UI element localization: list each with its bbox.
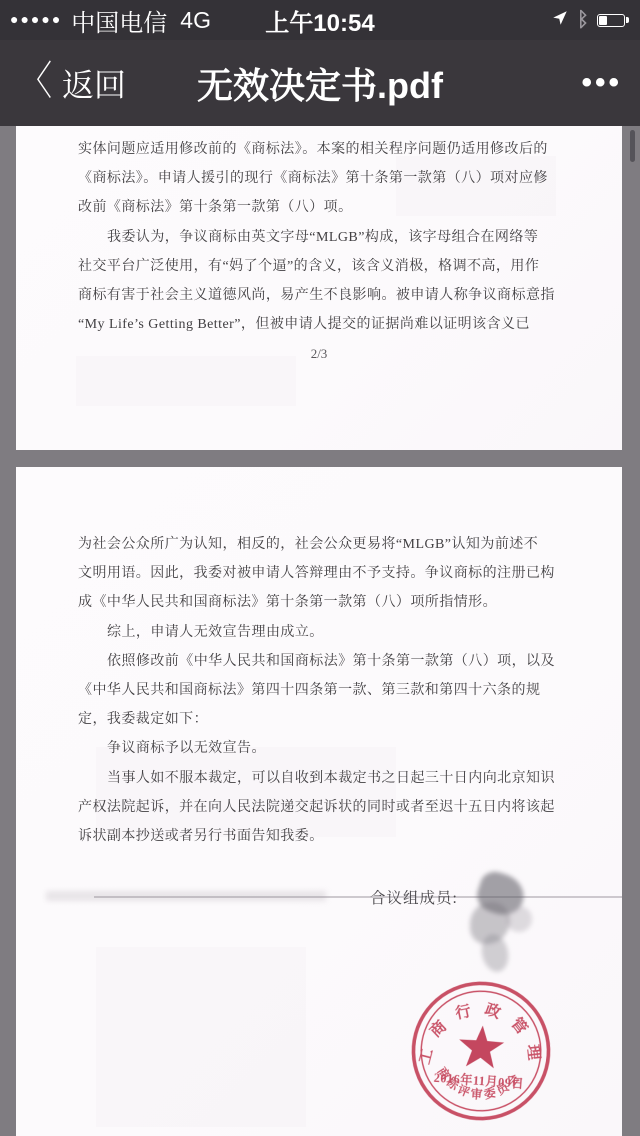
document-line: 综上，申请人无效宣告理由成立。 [78,618,555,647]
document-line: 成《中华人民共和国商标法》第十条第一款第（八）项所指情形。 [78,588,555,617]
pdf-page-1: 实体问题应适用修改前的《商标法》。本案的相关程序问题仍适用修改后的 《商标法》。… [16,126,622,450]
document-line: 实体问题应适用修改前的《商标法》。本案的相关程序问题仍适用修改后的 [78,135,555,164]
battery-fill [599,16,607,25]
document-line: 社交平台广泛使用，有“妈了个逼”的含义，该含义消极，格调不高，用作 [78,252,555,281]
scan-artifact [96,947,306,1127]
pdf-page-2: 为社会公众所广为认知，相反的，社会公众更易将“MLGB”认知为前述不 文明用语。… [16,467,622,1136]
handwritten-signature [454,872,544,977]
document-line: “My Life’s Getting Better”，但被申请人提交的证据尚难以… [78,310,555,339]
location-arrow-icon [551,9,569,32]
document-line: 《中华人民共和国商标法》第四十四条第一款、第三款和第四十六条的规 [78,676,555,705]
document-line: 我委认为，争议商标由英文字母“MLGB”构成，该字母组合在网络等 [78,223,555,252]
document-line: 《商标法》。申请人援引的现行《商标法》第十条第一款第（八）项对应修 [78,164,555,193]
document-line: 产权法院起诉，并在向人民法院递交起诉状的同时或者至迟十五日内将该起 [78,793,555,822]
battery-tip [626,17,629,23]
status-bar: ●●●●● 中国电信 4G 上午10:54 ᛒ [0,0,640,40]
document-line: 依照修改前《中华人民共和国商标法》第十条第一款第（八）项，以及 [78,647,555,676]
panel-members-label: 合议组成员: [370,886,458,908]
carrier-label: 中国电信 [71,3,167,38]
status-right-group: ᛒ [551,9,630,32]
back-button[interactable]: 〈 返回 [0,60,140,106]
page1-text-block: 实体问题应适用修改前的《商标法》。本案的相关程序问题仍适用修改后的 《商标法》。… [78,126,555,339]
document-line: 改前《商标法》第十条第一款第（八）项。 [78,193,555,222]
scrollbar[interactable] [630,130,635,162]
document-line: 诉状副本抄送或者另行书面告知我委。 [78,822,555,851]
document-line: 商标有害于社会主义道德风尚，易产生不良影响。被申请人称争议商标意指 [78,281,555,310]
network-type-label: 4G [180,7,211,34]
phone-screen: ●●●●● 中国电信 4G 上午10:54 ᛒ 〈 返回 无效决定书.pdf •… [0,0,640,1136]
battery-icon [597,14,625,27]
document-line: 为社会公众所广为认知，相反的，社会公众更易将“MLGB”认知为前述不 [78,530,555,559]
status-left-group: ●●●●● 中国电信 4G [10,3,211,38]
scan-artifact [76,356,296,406]
document-line: 争议商标予以无效宣告。 [78,734,555,763]
document-line: 定，我委裁定如下： [78,705,555,734]
document-line: 当事人如不服本裁定，可以自收到本裁定书之日起三十日内向北京知识 [78,764,555,793]
chevron-left-icon: 〈 [20,61,52,101]
seal-star-icon [457,1024,505,1069]
page2-text-block: 为社会公众所广为认知，相反的，社会公众更易将“MLGB”认知为前述不 文明用语。… [78,467,555,851]
official-seal: 国家工商行政管理总局 2016年11月09日 商标评审委员会 [403,973,559,1129]
page-number: 2/3 [16,346,622,362]
bluetooth-icon: ᛒ [577,10,589,30]
more-options-button[interactable]: ••• [563,66,640,100]
signal-strength-icon: ●●●●● [10,12,62,26]
document-line: 文明用语。因此，我委对被申请人答辩理由不予支持。争议商标的注册已构 [78,559,555,588]
back-button-label: 返回 [62,60,126,106]
nav-bar: 〈 返回 无效决定书.pdf ••• [0,40,640,126]
